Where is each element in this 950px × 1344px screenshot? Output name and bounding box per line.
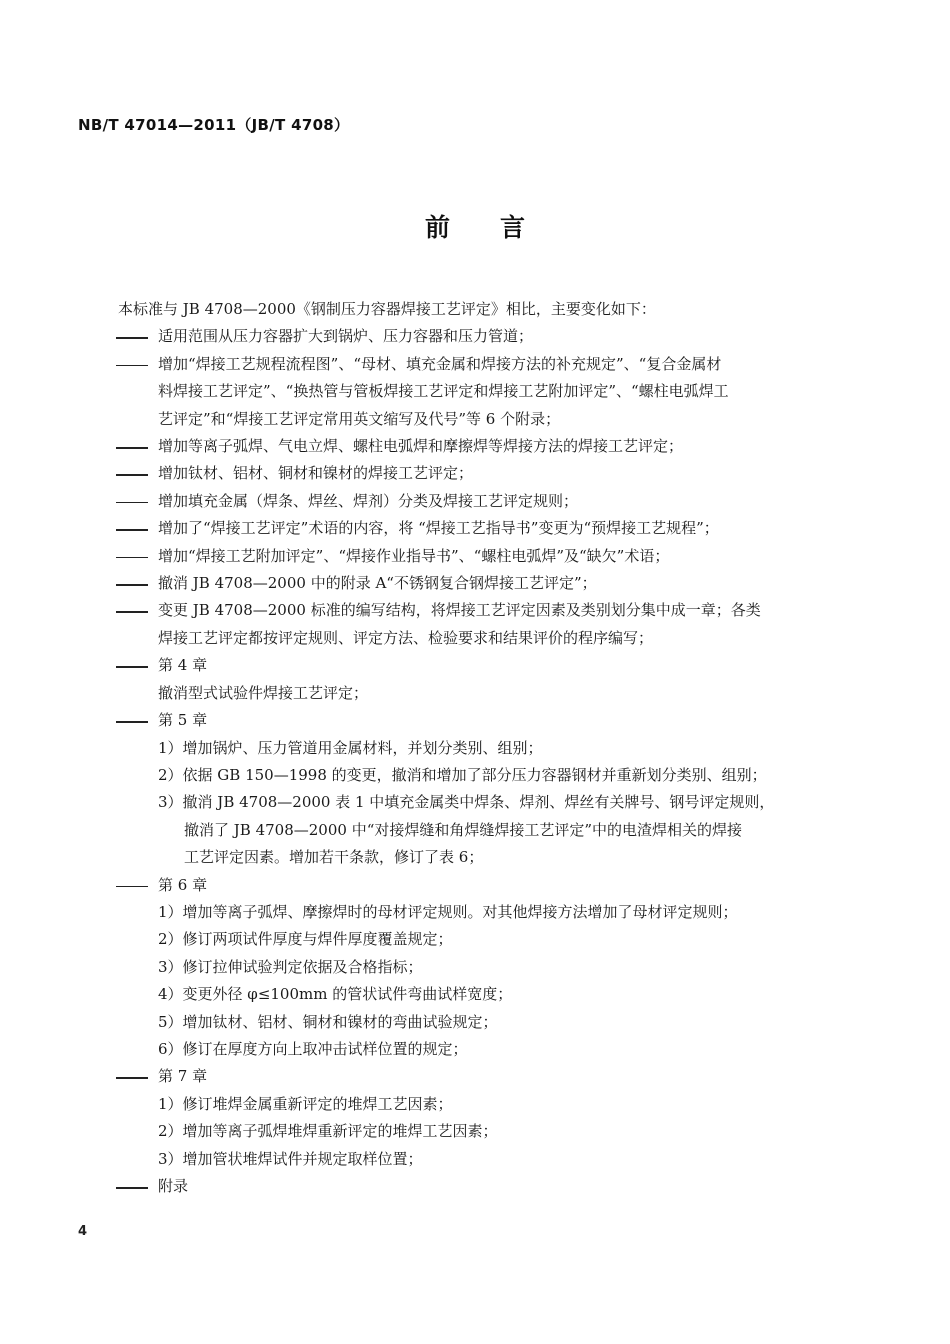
chapter-text: 撤消型式试验件焊接工艺评定； bbox=[112, 680, 837, 707]
chapter-heading: 第 6 章 bbox=[112, 872, 837, 899]
item-text: 增加等离子弧焊、气电立焊、螺柱电弧焊和摩擦焊等焊接方法的焊接工艺评定； bbox=[158, 437, 683, 455]
item-text: 适用范围从压力容器扩大到锅炉、压力容器和压力管道； bbox=[158, 327, 533, 345]
sub-item: 2）修订两项试件厚度与焊件厚度覆盖规定； bbox=[112, 926, 837, 953]
change-item: 撤消 JB 4708—2000 中的附录 A“不锈钢复合钢焊接工艺评定”； bbox=[112, 570, 837, 597]
change-item: 增加“焊接工艺规程流程图”、“母材、填充金属和焊接方法的补充规定”、“复合金属材 bbox=[112, 351, 837, 378]
page-title: 前言 bbox=[0, 208, 950, 244]
item-text: 增加了“焊接工艺评定”术语的内容，将 “焊接工艺指导书”变更为“预焊接工艺规程”… bbox=[158, 519, 719, 537]
change-item: 适用范围从压力容器扩大到锅炉、压力容器和压力管道； bbox=[112, 323, 837, 350]
sub-item: 3）撤消 JB 4708—2000 表 1 中填充金属类中焊条、焊剂、焊丝有关牌… bbox=[112, 789, 837, 816]
sub-item-continuation: 工艺评定因素。增加若干条款，修订了表 6； bbox=[112, 844, 837, 871]
title-char-1: 前 bbox=[425, 208, 450, 244]
page-number: 4 bbox=[78, 1224, 87, 1239]
chapter-title: 附录 bbox=[158, 1177, 188, 1195]
item-text: 撤消 JB 4708—2000 中的附录 A“不锈钢复合钢焊接工艺评定”； bbox=[158, 574, 597, 592]
item-text: 增加“焊接工艺附加评定”、“焊接作业指导书”、“螺柱电弧焊”及“缺欠”术语； bbox=[158, 547, 669, 565]
change-item: 增加“焊接工艺附加评定”、“焊接作业指导书”、“螺柱电弧焊”及“缺欠”术语； bbox=[112, 543, 837, 570]
sub-item: 2）依据 GB 150—1998 的变更，撤消和增加了部分压力容器钢材并重新划分… bbox=[112, 762, 837, 789]
item-text: 变更 JB 4708—2000 标准的编写结构，将焊接工艺评定因素及类别划分集中… bbox=[158, 601, 761, 619]
foreword-body: 本标准与 JB 4708—2000《钢制压力容器焊接工艺评定》相比，主要变化如下… bbox=[112, 296, 837, 1200]
item-text: 增加钛材、铝材、铜材和镍材的焊接工艺评定； bbox=[158, 464, 473, 482]
change-item: 增加了“焊接工艺评定”术语的内容，将 “焊接工艺指导书”变更为“预焊接工艺规程”… bbox=[112, 515, 837, 542]
sub-item: 5）增加钛材、铝材、铜材和镍材的弯曲试验规定； bbox=[112, 1009, 837, 1036]
chapter-heading: 第 7 章 bbox=[112, 1063, 837, 1090]
item-text: 增加填充金属（焊条、焊丝、焊剂）分类及焊接工艺评定规则； bbox=[158, 492, 578, 510]
chapter-title: 第 7 章 bbox=[158, 1067, 207, 1085]
sub-item-continuation: 撤消了 JB 4708—2000 中“对接焊缝和角焊缝焊接工艺评定”中的电渣焊相… bbox=[112, 817, 837, 844]
standard-number-header: NB/T 47014—2011（JB/T 4708） bbox=[78, 114, 349, 135]
item-continuation: 焊接工艺评定都按评定规则、评定方法、检验要求和结果评价的程序编写； bbox=[112, 625, 837, 652]
change-item: 增加填充金属（焊条、焊丝、焊剂）分类及焊接工艺评定规则； bbox=[112, 488, 837, 515]
change-item: 变更 JB 4708—2000 标准的编写结构，将焊接工艺评定因素及类别划分集中… bbox=[112, 597, 837, 624]
sub-item: 1）增加锅炉、压力管道用金属材料，并划分类别、组别； bbox=[112, 735, 837, 762]
sub-item: 3）增加管状堆焊试件并规定取样位置； bbox=[112, 1146, 837, 1173]
item-continuation: 艺评定”和“焊接工艺评定常用英文缩写及代号”等 6 个附录； bbox=[112, 406, 837, 433]
sub-item: 6）修订在厚度方向上取冲击试样位置的规定； bbox=[112, 1036, 837, 1063]
item-continuation: 料焊接工艺评定”、“换热管与管板焊接工艺评定和焊接工艺附加评定”、“螺柱电弧焊工 bbox=[112, 378, 837, 405]
chapter-heading: 第 4 章 bbox=[112, 652, 837, 679]
chapter-heading: 第 5 章 bbox=[112, 707, 837, 734]
change-item: 增加等离子弧焊、气电立焊、螺柱电弧焊和摩擦焊等焊接方法的焊接工艺评定； bbox=[112, 433, 837, 460]
sub-item: 1）增加等离子弧焊、摩擦焊时的母材评定规则。对其他焊接方法增加了母材评定规则； bbox=[112, 899, 837, 926]
change-item: 增加钛材、铝材、铜材和镍材的焊接工艺评定； bbox=[112, 460, 837, 487]
chapter-title: 第 5 章 bbox=[158, 711, 207, 729]
sub-item: 4）变更外径 φ≤100mm 的管状试件弯曲试样宽度； bbox=[112, 981, 837, 1008]
sub-item: 2）增加等离子弧焊堆焊重新评定的堆焊工艺因素； bbox=[112, 1118, 837, 1145]
chapter-title: 第 4 章 bbox=[158, 656, 207, 674]
title-char-2: 言 bbox=[500, 208, 525, 244]
sub-item: 3）修订拉伸试验判定依据及合格指标； bbox=[112, 954, 837, 981]
chapter-heading: 附录 bbox=[112, 1173, 837, 1200]
sub-item: 1）修订堆焊金属重新评定的堆焊工艺因素； bbox=[112, 1091, 837, 1118]
chapter-title: 第 6 章 bbox=[158, 876, 207, 894]
item-text: 增加“焊接工艺规程流程图”、“母材、填充金属和焊接方法的补充规定”、“复合金属材 bbox=[158, 355, 721, 373]
intro-paragraph: 本标准与 JB 4708—2000《钢制压力容器焊接工艺评定》相比，主要变化如下… bbox=[112, 296, 837, 323]
